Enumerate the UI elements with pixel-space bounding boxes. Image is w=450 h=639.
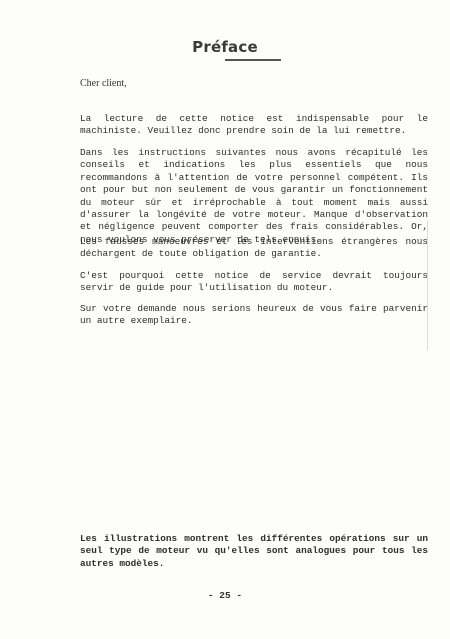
page-title: Préface (0, 38, 450, 56)
paragraph-guide: C'est pourquoi cette notice de service d… (80, 270, 428, 295)
document-page: Préface Cher client, La lecture de cette… (0, 0, 450, 639)
paragraph-instructions: Dans les instructions suivantes nous avo… (80, 147, 428, 246)
paragraph-copy-request: Sur votre demande nous serions heureux d… (80, 303, 428, 328)
scan-artifact-line (427, 220, 428, 350)
paragraph-warranty: Les fausses manoeuvres et les interventi… (80, 236, 428, 261)
paragraph-intro: La lecture de cette notice est indispens… (80, 113, 428, 138)
paragraph-illustrations-note: Les illustrations montrent les différent… (80, 533, 428, 570)
page-number: - 25 - (0, 590, 450, 601)
greeting: Cher client, (80, 78, 127, 89)
title-underline (225, 59, 281, 61)
